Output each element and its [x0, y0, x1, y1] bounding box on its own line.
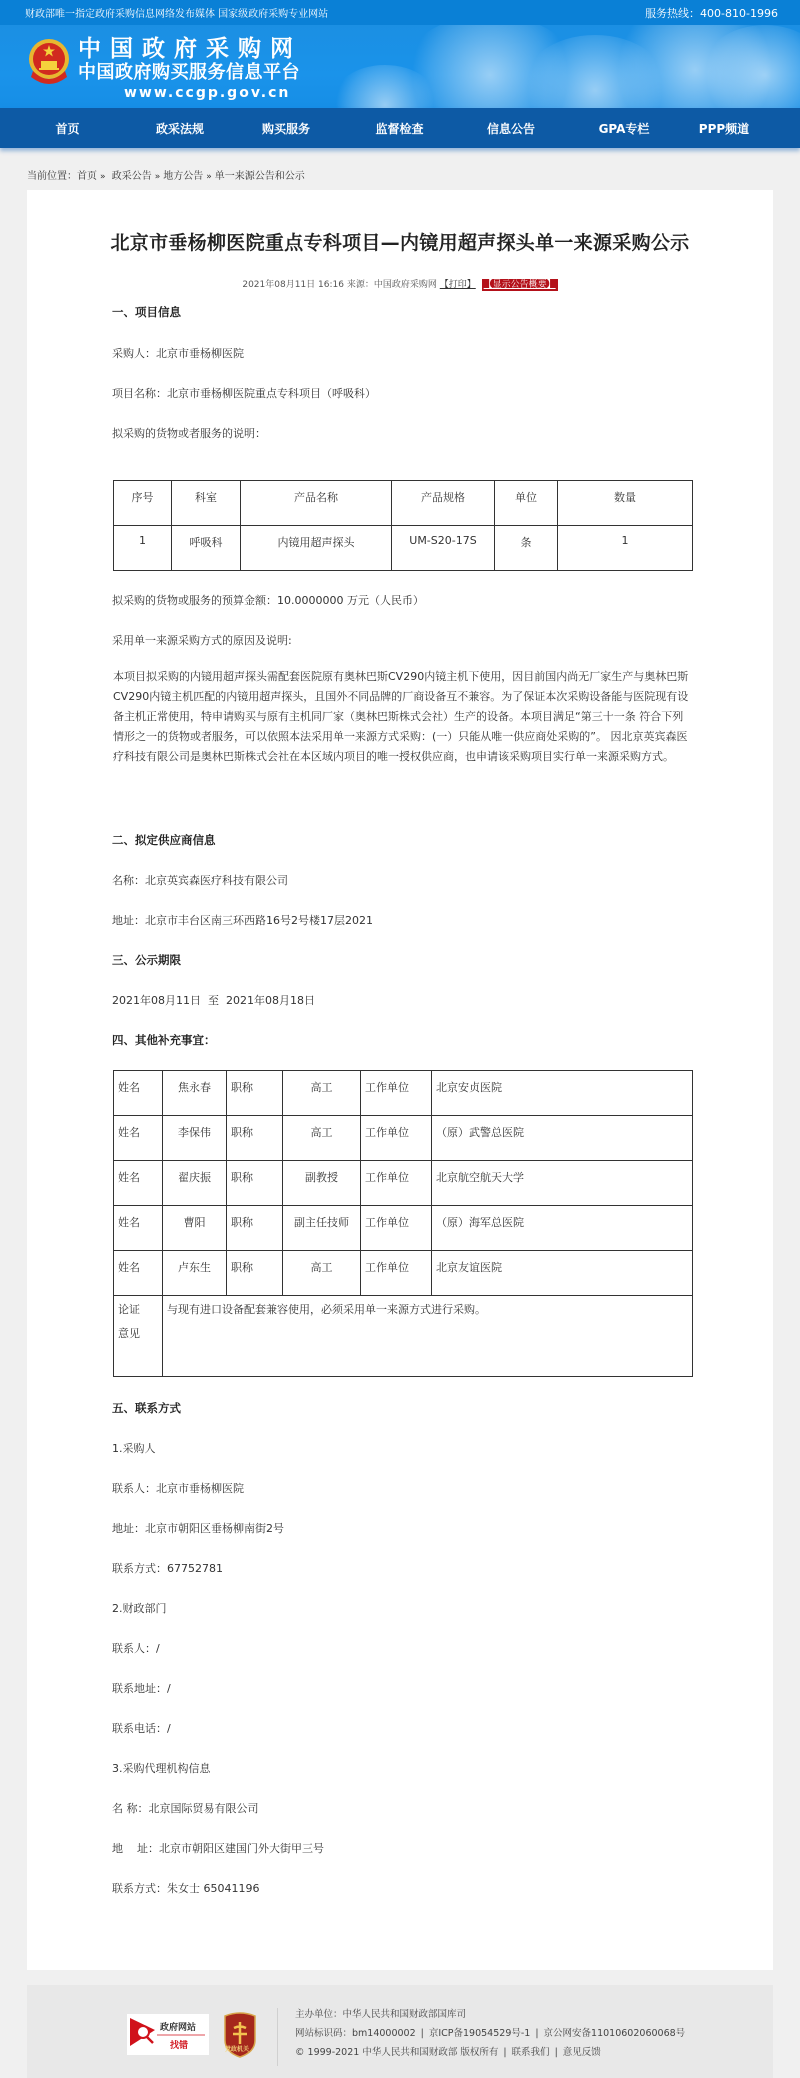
section-4-title: 四、其他补充事宜：	[112, 1032, 216, 1048]
table-row: 1 呼吸科 内镜用超声探头 UM-S20-17S 条 1	[114, 526, 693, 571]
purchaser-phone: 联系方式：67752781	[112, 1560, 223, 1576]
expert-name: 李保伟	[163, 1116, 227, 1161]
budget-text: 拟采购的货物或服务的预算金额：10.0000000 万元（人民币）	[112, 592, 424, 608]
site-id: 网站标识码：bm14000002	[295, 2028, 416, 2039]
expert-title: 副主任技师	[283, 1206, 361, 1251]
section-5-title: 五、联系方式	[112, 1400, 181, 1416]
expert-name: 焦永春	[163, 1071, 227, 1116]
table-cell: 工作单位	[361, 1071, 432, 1116]
feedback-link[interactable]: 意见反馈	[563, 2047, 601, 2058]
nav-item-gpa[interactable]: GPA专栏	[570, 120, 678, 137]
table-cell: 职称	[227, 1071, 283, 1116]
table-header-cell: 科室	[172, 481, 241, 526]
footer-sponsor: 主办单位：中华人民共和国财政部国库司	[295, 2005, 685, 2024]
section-3-title: 三、公示期限	[112, 952, 181, 968]
expert-title: 高工	[283, 1116, 361, 1161]
purchaser-address: 地址：北京市朝阳区垂杨柳南街2号	[112, 1520, 284, 1536]
purchaser-heading: 1.采购人	[112, 1440, 156, 1456]
show-summary-button[interactable]: 【显示公告概要】	[482, 279, 558, 291]
experts-table: 姓名 焦永春 职称 高工 工作单位 北京安贞医院 姓名 李保伟 职称 高工 工作…	[113, 1070, 693, 1377]
breadcrumb-gov-announcements[interactable]: 政采公告	[112, 171, 152, 182]
table-cell: 1	[114, 526, 172, 571]
nav-item-home[interactable]: 首页	[0, 120, 135, 137]
opinion-row: 论证意见 与现有进口设备配套兼容使用，必须采用单一来源方式进行采购。	[114, 1296, 693, 1377]
expert-title: 高工	[283, 1071, 361, 1116]
breadcrumb-separator: »	[155, 172, 161, 182]
site-footer: 政府网站 找错 党政机关 主办单位：中华人民共和国财政部国库司 网站标识码：bm…	[27, 1985, 773, 2078]
icp-link[interactable]: 京ICP备19054529号-1	[429, 2028, 531, 2039]
table-row: 姓名 曹阳 职称 副主任技师 工作单位 （原）海军总医院	[114, 1206, 693, 1251]
expert-unit: 北京友谊医院	[432, 1251, 693, 1296]
table-cell: 职称	[227, 1161, 283, 1206]
supplier-address: 地址：北京市丰台区南三环西路16号2号楼17层2021	[112, 912, 373, 928]
breadcrumb-home[interactable]: 首页	[77, 171, 97, 182]
table-cell: 工作单位	[361, 1116, 432, 1161]
logo-title: 中国政府采购网	[78, 36, 302, 62]
expert-unit: 北京航空航天大学	[432, 1161, 693, 1206]
publish-datetime: 2021年08月11日 16:16	[242, 280, 344, 290]
expert-name: 翟庆振	[163, 1161, 227, 1206]
article-meta: 2021年08月11日 16:16 来源：中国政府采购网 【打印】 【显示公告概…	[27, 277, 773, 290]
footer-copyright-row: © 1999-2021 中华人民共和国财政部 版权所有|联系我们|意见反馈	[295, 2043, 685, 2062]
section-2-title: 二、拟定供应商信息	[112, 832, 216, 848]
article-source: 来源：中国政府采购网	[347, 280, 437, 290]
table-row: 姓名 李保伟 职称 高工 工作单位 （原）武警总医院	[114, 1116, 693, 1161]
table-row: 姓名 翟庆振 职称 副教授 工作单位 北京航空航天大学	[114, 1161, 693, 1206]
separator: |	[555, 2047, 558, 2058]
agency-phone: 联系方式：朱女士 65041196	[112, 1880, 259, 1896]
top-strip: 财政部唯一指定政府采购信息网络发布媒体 国家级政府采购专业网站 服务热线：400…	[0, 0, 800, 25]
table-header-cell: 数量	[558, 481, 693, 526]
table-cell: 姓名	[114, 1071, 163, 1116]
footer-info: 主办单位：中华人民共和国财政部国库司 网站标识码：bm14000002|京ICP…	[295, 2005, 685, 2062]
table-row: 姓名 卢东生 职称 高工 工作单位 北京友谊医院	[114, 1251, 693, 1296]
expert-unit: 北京安贞医院	[432, 1071, 693, 1116]
reason-text: 本项目拟采购的内镜用超声探头需配套医院原有奥林巴斯CV290内镜主机下使用，因目…	[113, 667, 693, 767]
table-cell: 姓名	[114, 1161, 163, 1206]
nav-item-purchase-services[interactable]: 购买服务	[225, 120, 347, 137]
separator: |	[421, 2028, 424, 2039]
reason-label: 采用单一来源采购方式的原因及说明:	[112, 632, 292, 648]
find-error-line-2: 找错	[170, 2038, 188, 2051]
table-header-cell: 产品规格	[392, 481, 495, 526]
table-cell: 内镜用超声探头	[241, 526, 392, 571]
main-nav: 首页 政采法规 购买服务 监督检查 信息公告 GPA专栏 PPP频道	[0, 108, 800, 148]
finance-contact: 联系人：/	[112, 1640, 160, 1656]
find-error-line-1: 政府网站	[160, 2020, 196, 2033]
expert-title: 副教授	[283, 1161, 361, 1206]
nav-item-regulations[interactable]: 政采法规	[135, 120, 225, 137]
site-slogan: 财政部唯一指定政府采购信息网络发布媒体 国家级政府采购专业网站	[25, 5, 328, 20]
table-cell: 姓名	[114, 1116, 163, 1161]
national-emblem-icon	[27, 37, 71, 87]
footer-registration: 网站标识码：bm14000002|京ICP备19054529号-1|京公网安备1…	[295, 2024, 685, 2043]
finance-phone: 联系电话：/	[112, 1720, 171, 1736]
find-error-badge[interactable]: 政府网站 找错	[127, 2014, 209, 2055]
table-cell: 职称	[227, 1206, 283, 1251]
header-banner: 中国政府采购网 中国政府购买服务信息平台 www.ccgp.gov.cn	[0, 25, 800, 108]
purchaser-text: 采购人：北京市垂杨柳医院	[112, 345, 244, 361]
agency-heading: 3.采购代理机构信息	[112, 1760, 211, 1776]
party-badge-label: 党政机关	[225, 2044, 249, 2053]
opinion-label-line-1: 论证	[118, 1303, 140, 1316]
table-cell: 工作单位	[361, 1206, 432, 1251]
copyright: © 1999-2021 中华人民共和国财政部 版权所有	[295, 2047, 498, 2058]
table-cell: 姓名	[114, 1251, 163, 1296]
publicity-period: 2021年08月11日 至 2021年08月18日	[112, 992, 315, 1008]
opinion-label-line-2: 意见	[118, 1327, 140, 1340]
finance-address: 联系地址：/	[112, 1680, 171, 1696]
separator: |	[503, 2047, 506, 2058]
article-title: 北京市垂杨柳医院重点专科项目—内镜用超声探头单一来源采购公示	[27, 228, 773, 255]
table-header-cell: 序号	[114, 481, 172, 526]
breadcrumb: 当前位置：首页» 政采公告»地方公告»单一来源公告和公示	[0, 148, 800, 190]
table-row: 姓名 焦永春 职称 高工 工作单位 北京安贞医院	[114, 1071, 693, 1116]
expert-name: 卢东生	[163, 1251, 227, 1296]
table-cell: 姓名	[114, 1206, 163, 1251]
table-header-cell: 产品名称	[241, 481, 392, 526]
nav-item-ppp[interactable]: PPP频道	[678, 120, 770, 137]
article-card: 北京市垂杨柳医院重点专科项目—内镜用超声探头单一来源采购公示 2021年08月1…	[27, 190, 773, 1970]
items-table-header: 序号 科室 产品名称 产品规格 单位 数量	[114, 481, 693, 526]
opinion-text: 与现有进口设备配套兼容使用，必须采用单一来源方式进行采购。	[163, 1296, 693, 1377]
table-header-cell: 单位	[495, 481, 558, 526]
expert-unit: （原）海军总医院	[432, 1206, 693, 1251]
finance-heading: 2.财政部门	[112, 1600, 167, 1616]
project-name-text: 项目名称：北京市垂杨柳医院重点专科项目（呼吸科）	[112, 385, 376, 401]
table-cell: 工作单位	[361, 1251, 432, 1296]
footer-divider	[277, 2008, 278, 2066]
print-link[interactable]: 【打印】	[440, 280, 476, 290]
opinion-label: 论证意见	[114, 1296, 163, 1377]
breadcrumb-prefix: 当前位置：	[27, 171, 77, 182]
goods-desc-label: 拟采购的货物或者服务的说明：	[112, 425, 266, 441]
expert-title: 高工	[283, 1251, 361, 1296]
breadcrumb-separator: »	[100, 172, 106, 182]
supplier-name: 名称：北京英宾森医疗科技有限公司	[112, 872, 288, 888]
party-gov-badge[interactable]: 党政机关	[221, 2012, 259, 2058]
agency-name: 名 称：北京国际贸易有限公司	[112, 1800, 259, 1816]
purchaser-contact: 联系人：北京市垂杨柳医院	[112, 1480, 244, 1496]
table-cell: 工作单位	[361, 1161, 432, 1206]
agency-address: 地 址：北京市朝阳区建国门外大街甲三号	[112, 1840, 324, 1856]
table-cell: 条	[495, 526, 558, 571]
table-cell: 1	[558, 526, 693, 571]
separator: |	[535, 2028, 538, 2039]
items-table: 序号 科室 产品名称 产品规格 单位 数量 1 呼吸科 内镜用超声探头 UM-S…	[113, 480, 693, 571]
nav-item-announcements[interactable]: 信息公告	[452, 120, 570, 137]
section-1-title: 一、项目信息	[112, 304, 181, 320]
table-cell: 呼吸科	[172, 526, 241, 571]
police-record-link[interactable]: 京公网安备11010602060068号	[544, 2028, 686, 2039]
breadcrumb-separator: »	[206, 172, 212, 182]
logo-subtitle: 中国政府购买服务信息平台	[78, 63, 300, 83]
table-cell: UM-S20-17S	[392, 526, 495, 571]
expert-unit: （原）武警总医院	[432, 1116, 693, 1161]
nav-item-supervision[interactable]: 监督检查	[347, 120, 452, 137]
logo-url: www.ccgp.gov.cn	[124, 85, 290, 101]
table-cell: 职称	[227, 1251, 283, 1296]
contact-us-link[interactable]: 联系我们	[512, 2047, 550, 2058]
table-cell: 职称	[227, 1116, 283, 1161]
service-hotline: 服务热线：400-810-1996	[645, 5, 778, 21]
breadcrumb-single-source[interactable]: 单一来源公告和公示	[215, 171, 305, 182]
expert-name: 曹阳	[163, 1206, 227, 1251]
breadcrumb-local-announcements[interactable]: 地方公告	[163, 171, 203, 182]
